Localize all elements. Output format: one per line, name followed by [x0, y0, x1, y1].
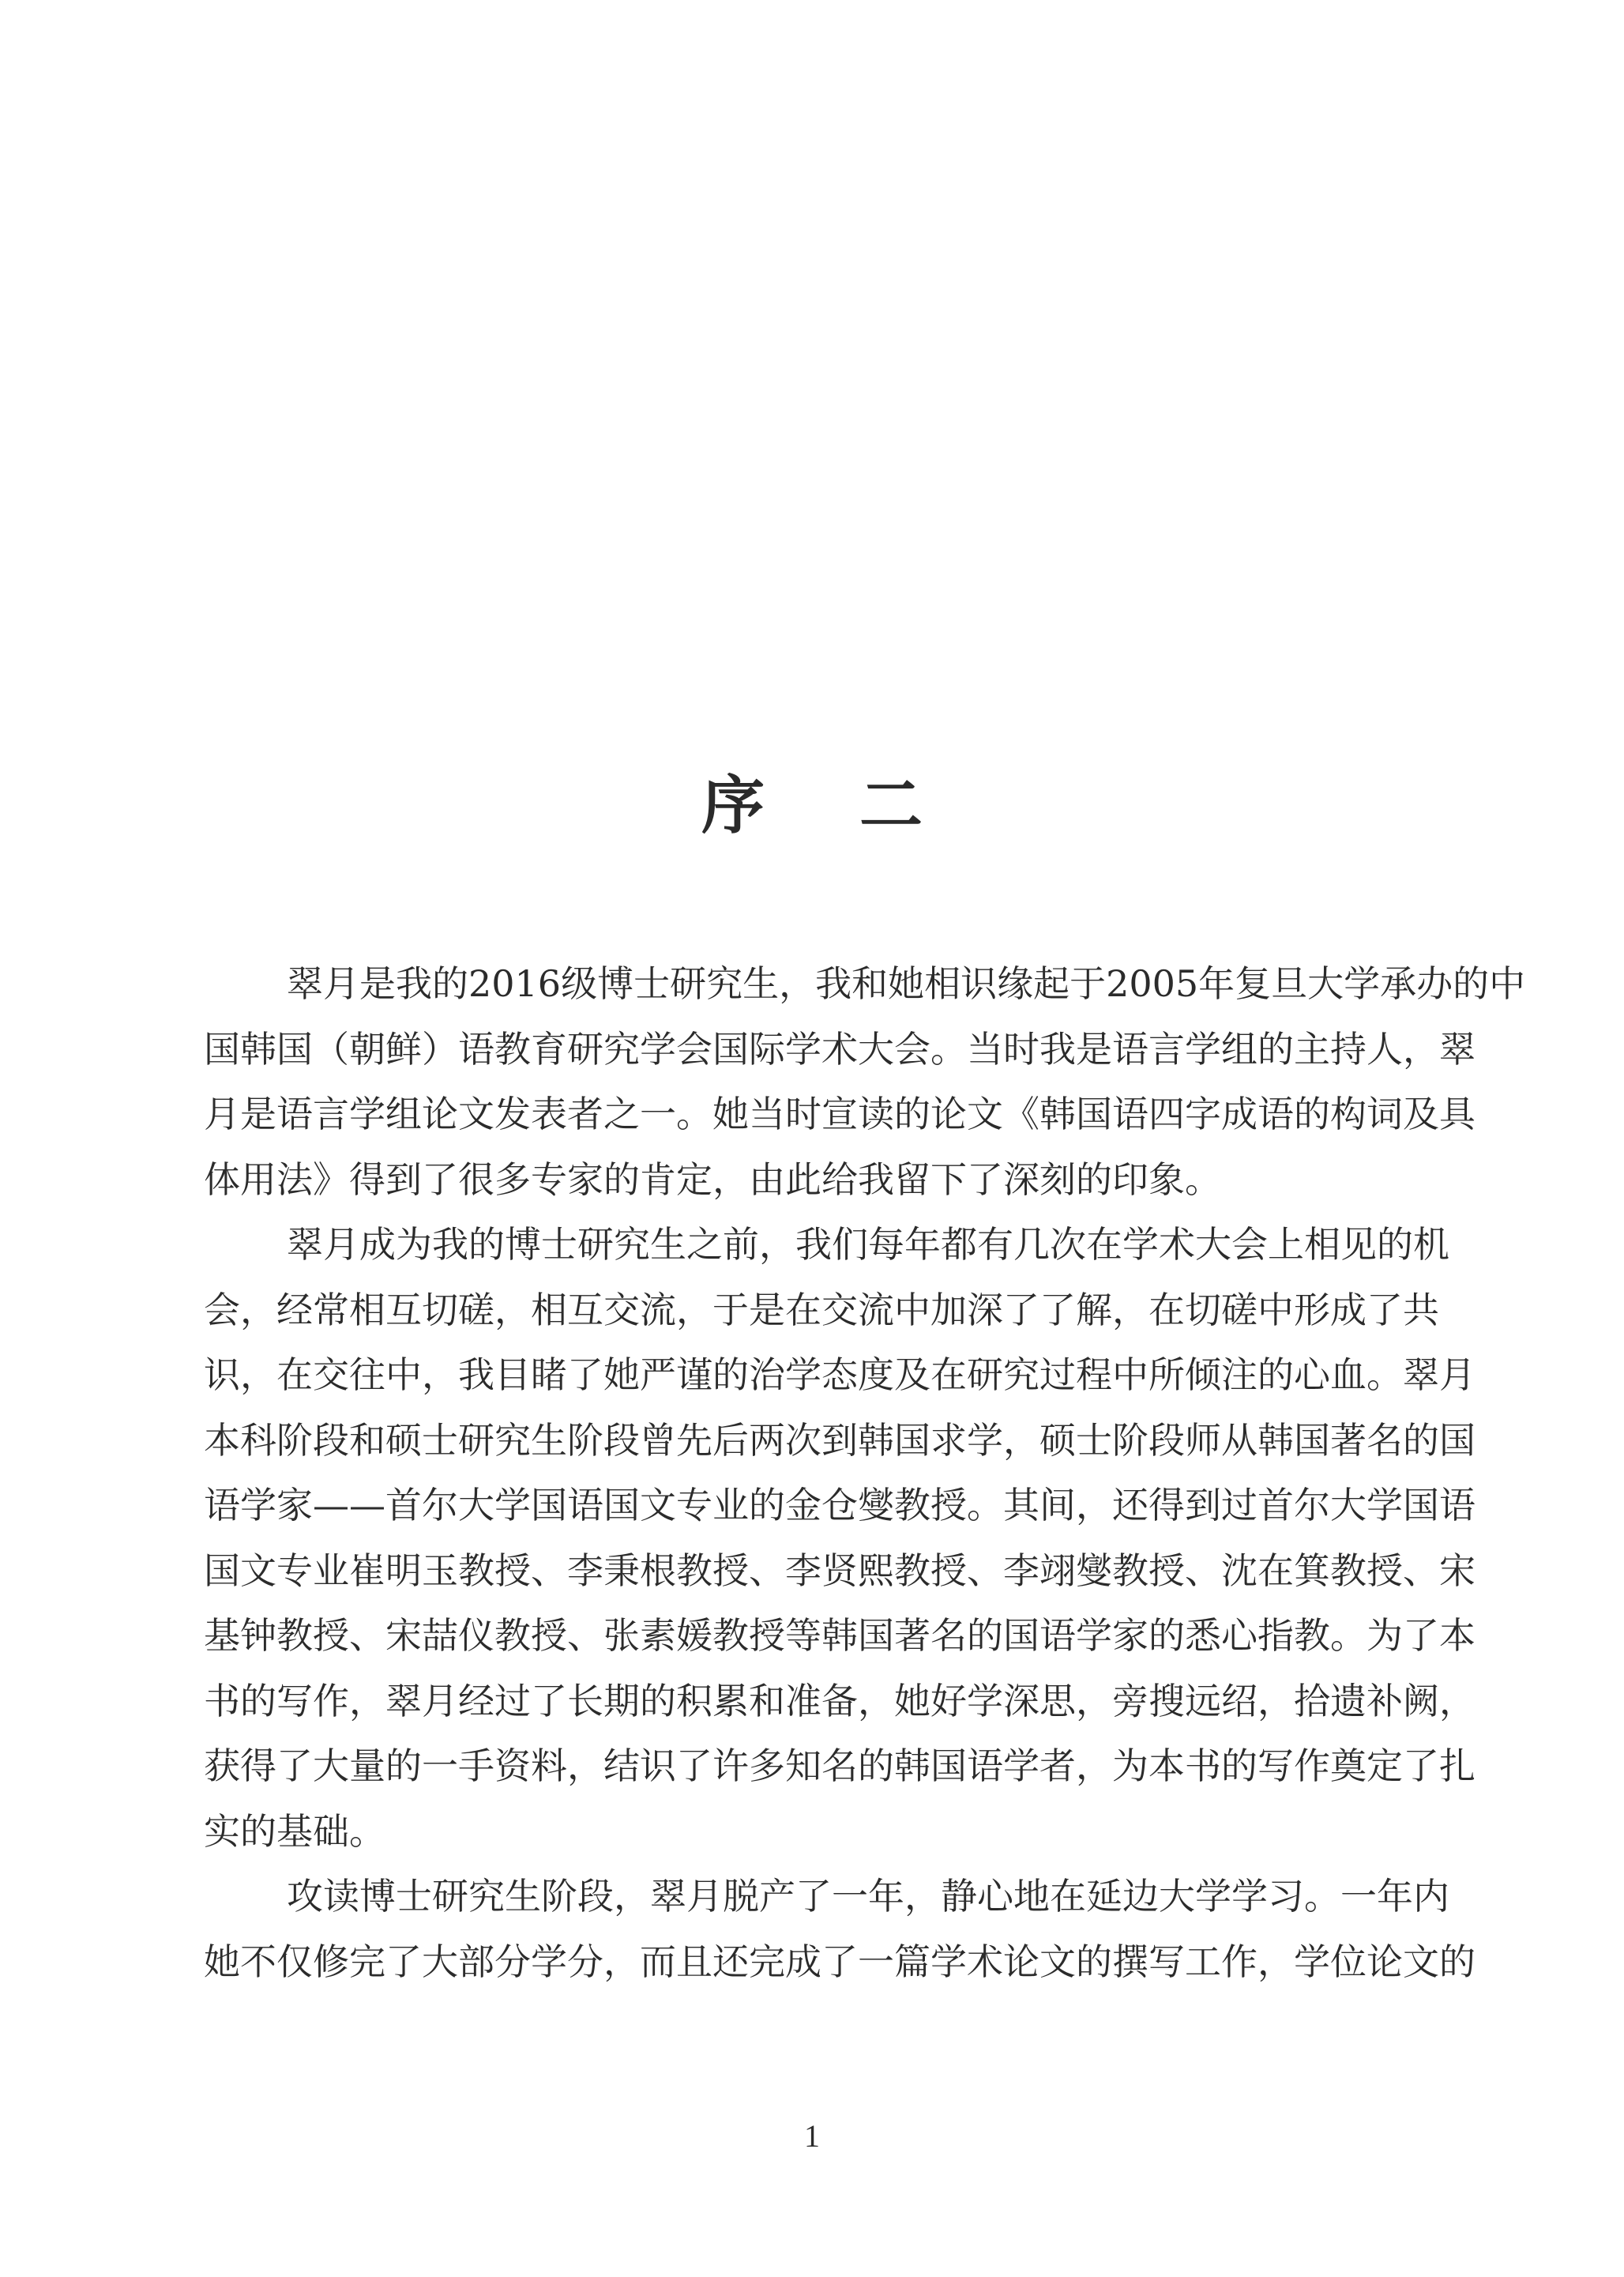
title-char-1: 序: [701, 755, 765, 845]
text-line: 语学家——首尔大学国语国文专业的金仓燮教授。其间，还得到过首尔大学国语: [204, 1479, 1414, 1545]
page-number: 1: [0, 2117, 1624, 2155]
text-line: 体用法》得到了很多专家的肯定，由此给我留下了深刻的印象。: [204, 1154, 1414, 1219]
text-line: 实的基础。: [204, 1805, 1414, 1871]
text-line: 攻读博士研究生阶段，翠月脱产了一年，静心地在延边大学学习。一年内: [204, 1870, 1414, 1936]
text-line: 基钟教授、宋喆仪教授、张素媛教授等韩国著名的国语学家的悉心指教。为了本: [204, 1609, 1414, 1675]
text-line: 翠月是我的2016级博士研究生，我和她相识缘起于2005年复旦大学承办的中: [204, 958, 1414, 1023]
text-line: 她不仅修完了大部分学分，而且还完成了一篇学术论文的撰写工作，学位论文的: [204, 1936, 1414, 2001]
text-line: 国韩国（朝鲜）语教育研究学会国际学术大会。当时我是语言学组的主持人，翠: [204, 1023, 1414, 1089]
text-line: 识，在交往中，我目睹了她严谨的治学态度及在研究过程中所倾注的心血。翠月: [204, 1349, 1414, 1414]
title-char-2: 二: [859, 755, 923, 845]
text-line: 书的写作，翠月经过了长期的积累和准备，她好学深思，旁搜远绍，拾遗补阙，: [204, 1675, 1414, 1741]
text-line: 获得了大量的一手资料，结识了许多知名的韩国语学者，为本书的写作奠定了扎: [204, 1740, 1414, 1805]
text-line: 月是语言学组论文发表者之一。她当时宣读的论文《韩国语四字成语的构词及具: [204, 1088, 1414, 1154]
text-line: 本科阶段和硕士研究生阶段曾先后两次到韩国求学，硕士阶段师从韩国著名的国: [204, 1414, 1414, 1480]
text-line: 国文专业崔明玉教授、李秉根教授、李贤熙教授、李翊燮教授、沈在箕教授、宋: [204, 1545, 1414, 1610]
text-line: 会，经常相互切磋，相互交流，于是在交流中加深了了解，在切磋中形成了共: [204, 1284, 1414, 1349]
text-line: 翠月成为我的博士研究生之前，我们每年都有几次在学术大会上相见的机: [204, 1218, 1414, 1284]
document-page: 序二 翠月是我的2016级博士研究生，我和她相识缘起于2005年复旦大学承办的中…: [0, 0, 1624, 2277]
body-text: 翠月是我的2016级博士研究生，我和她相识缘起于2005年复旦大学承办的中 国韩…: [204, 958, 1414, 2000]
page-title: 序二: [0, 755, 1624, 845]
